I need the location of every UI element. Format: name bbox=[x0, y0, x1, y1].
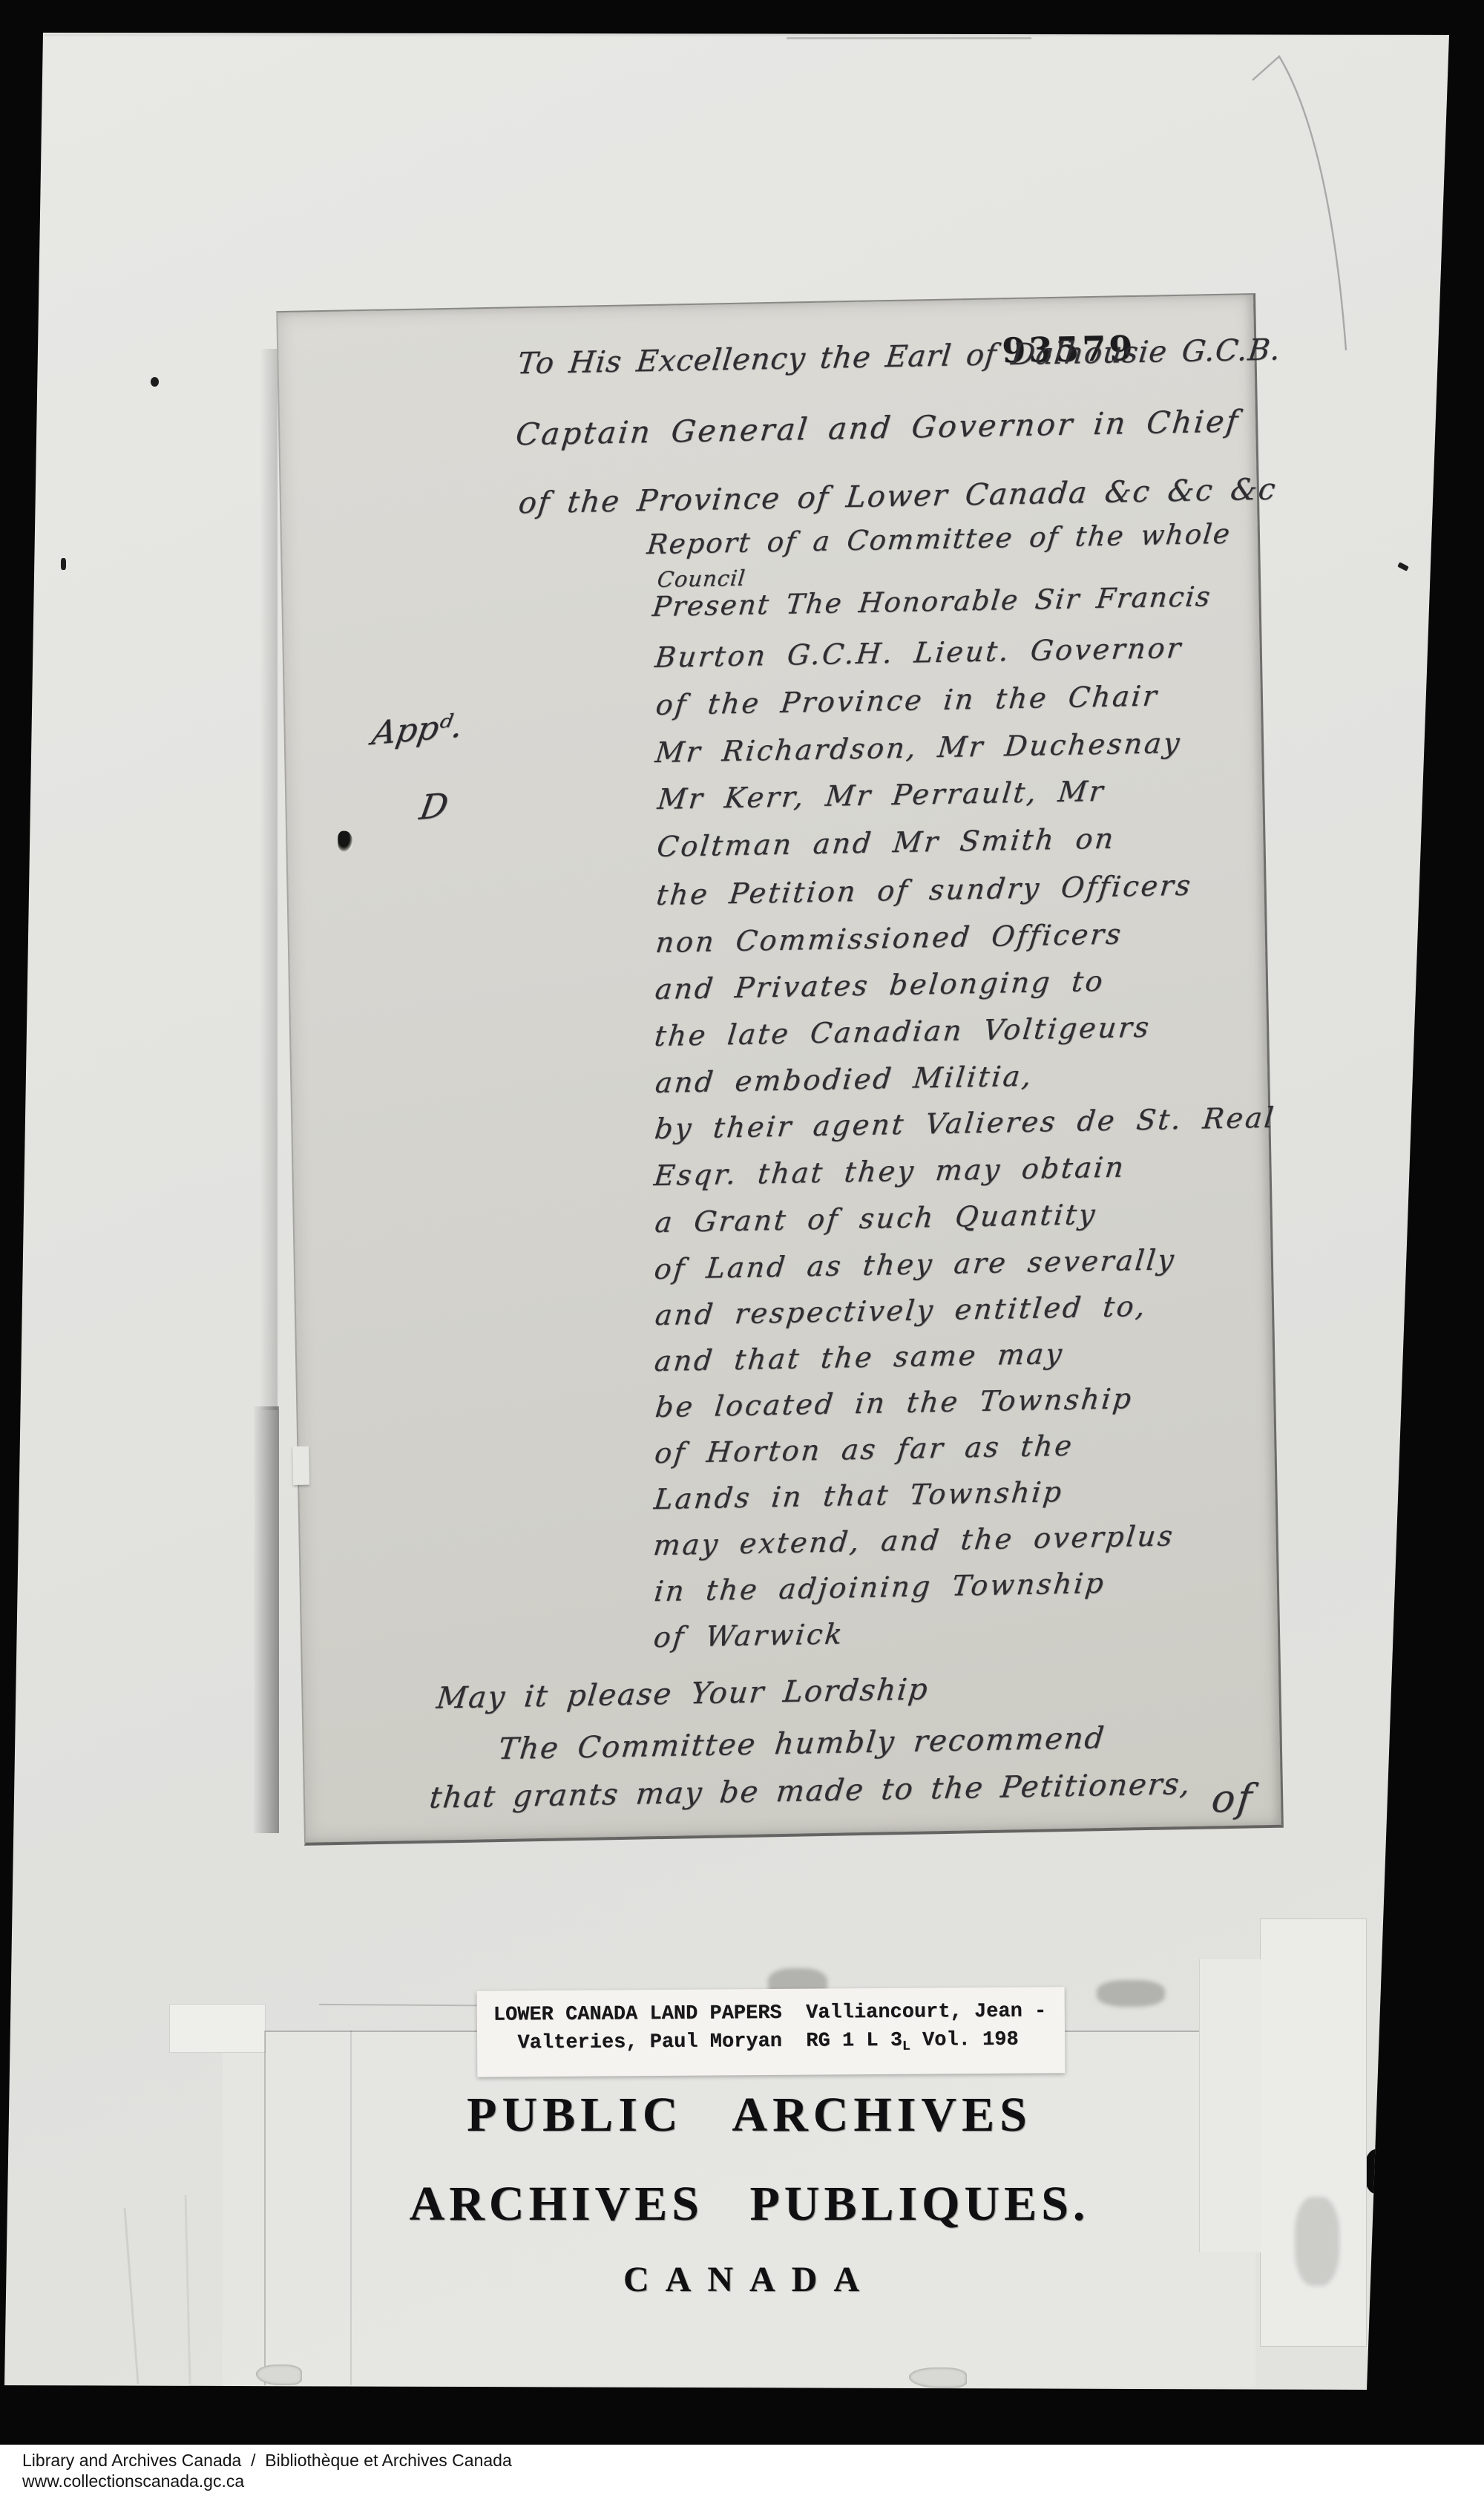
footer-bar: Library and Archives Canada / Bibliothèq… bbox=[0, 2445, 1484, 2507]
handwriting-line: Council bbox=[656, 566, 746, 592]
handwriting-line: of Land as they are severally bbox=[653, 1243, 1178, 1285]
film-streak bbox=[787, 37, 1031, 39]
handwriting-line: non Commissioned Officers bbox=[654, 917, 1125, 959]
label-line-2-text: Valteries, Paul Moryan RG 1 L 3 bbox=[493, 2030, 902, 2055]
handwriting-line: in the adjoining Township bbox=[653, 1567, 1108, 1608]
film-background: 93579 Appᵈ. D To His Excellency the Earl… bbox=[0, 0, 1484, 2507]
handwriting-line: of Horton as far as the bbox=[653, 1429, 1075, 1469]
handwriting-line: the late Canadian Voltigeurs bbox=[653, 1011, 1152, 1052]
stamp-line-french: ARCHIVES PUBLIQUES. bbox=[378, 2176, 1120, 2232]
margin-note-d: D bbox=[417, 785, 451, 828]
stamp-line-english: PUBLIC ARCHIVES bbox=[378, 2087, 1120, 2143]
label-line-1: LOWER CANADA LAND PAPERS Valliancourt, J… bbox=[493, 1997, 1065, 2029]
label-line-2-superscript: L bbox=[902, 2039, 910, 2054]
margin-note-approved: Appᵈ. bbox=[370, 707, 466, 753]
handwriting-line: May it please Your Lordship bbox=[435, 1672, 930, 1715]
paper-speck bbox=[61, 558, 66, 570]
handwriting-line: Captain General and Governor in Chief bbox=[514, 403, 1241, 452]
handwriting-line: Lands in that Township bbox=[652, 1475, 1065, 1515]
handwriting-line: of bbox=[1209, 1776, 1256, 1821]
handwriting-line: be located in the Township bbox=[654, 1382, 1135, 1423]
right-paper-strip bbox=[1199, 1959, 1261, 2252]
handwriting-line: a Grant of such Quantity bbox=[654, 1198, 1099, 1239]
handwriting-line: by their agent Valieres de St. Real bbox=[653, 1101, 1277, 1145]
reference-label: LOWER CANADA LAND PAPERS Valliancourt, J… bbox=[477, 1987, 1066, 2077]
paper-hole bbox=[338, 830, 353, 851]
manuscript-page-surface: 93579 Appᵈ. D To His Excellency the Earl… bbox=[278, 295, 1281, 1843]
handwriting-line: To His Excellency the Earl of Dalhousie … bbox=[516, 332, 1282, 381]
footer-credit-line: Library and Archives Canada / Bibliothèq… bbox=[22, 2451, 512, 2471]
handwriting-line: and Privates belonging to bbox=[654, 965, 1106, 1006]
handwriting-line: Mr Kerr, Mr Perrault, Mr bbox=[656, 775, 1106, 816]
footer-url: www.collectionscanada.gc.ca bbox=[22, 2471, 244, 2491]
underlay-card-notch bbox=[169, 2004, 266, 2053]
handwriting-line: of Warwick bbox=[652, 1617, 846, 1654]
handwriting-line: may extend, and the overplus bbox=[651, 1519, 1176, 1561]
label-line-2-suffix: Vol. 198 bbox=[910, 2029, 1019, 2052]
paper-speck bbox=[1364, 2149, 1388, 2194]
handwriting-line: The Committee humbly recommend bbox=[496, 1721, 1106, 1766]
handwriting-line: Report of a Committee of the whole bbox=[646, 518, 1232, 561]
handwriting-line: Coltman and Mr Smith on bbox=[655, 822, 1117, 863]
stamp-line-canada: CANADA bbox=[378, 2259, 1120, 2300]
handwriting-line: Mr Richardson, Mr Duchesnay bbox=[654, 727, 1183, 769]
handwriting-line: of the Province of Lower Canada &c &c &c bbox=[517, 472, 1278, 520]
ink-smudge bbox=[1097, 1980, 1165, 2007]
handwriting-line: Esqr. that they may obtain bbox=[652, 1150, 1127, 1192]
public-archives-stamp: PUBLIC ARCHIVES ARCHIVES PUBLIQUES. CANA… bbox=[378, 2087, 1120, 2300]
paper-speck bbox=[1397, 562, 1409, 571]
ink-smudge bbox=[1295, 2197, 1339, 2286]
card-edge-line bbox=[264, 2031, 266, 2385]
label-line-2: Valteries, Paul Moryan RG 1 L 3L Vol. 19… bbox=[493, 2025, 1065, 2063]
handwriting-line: Burton G.C.H. Lieut. Governor bbox=[654, 632, 1185, 674]
handwriting-line: and embodied Militia, bbox=[654, 1060, 1035, 1099]
handwriting-line: and that the same may bbox=[653, 1337, 1066, 1377]
paper-speck bbox=[151, 377, 159, 387]
card-edge-line bbox=[350, 2031, 352, 2385]
handwriting-line: and respectively entitled to, bbox=[654, 1290, 1149, 1331]
manuscript-page: 93579 Appᵈ. D To His Excellency the Earl… bbox=[276, 293, 1284, 1846]
page-edge-shadow bbox=[254, 1406, 279, 1833]
handwriting-line: the Petition of sundry Officers bbox=[654, 869, 1194, 911]
page-fold-notch bbox=[292, 1446, 309, 1485]
page-edge-shadow bbox=[260, 349, 278, 1410]
handwriting-line: of the Province in the Chair bbox=[654, 679, 1160, 721]
photostat-sheet: 93579 Appᵈ. D To His Excellency the Earl… bbox=[0, 0, 1484, 2507]
handwriting-line: that grants may be made to the Petitione… bbox=[428, 1767, 1193, 1815]
handwriting-layer: To His Excellency the Earl of Dalhousie … bbox=[278, 295, 1253, 312]
film-streak bbox=[45, 34, 1447, 36]
